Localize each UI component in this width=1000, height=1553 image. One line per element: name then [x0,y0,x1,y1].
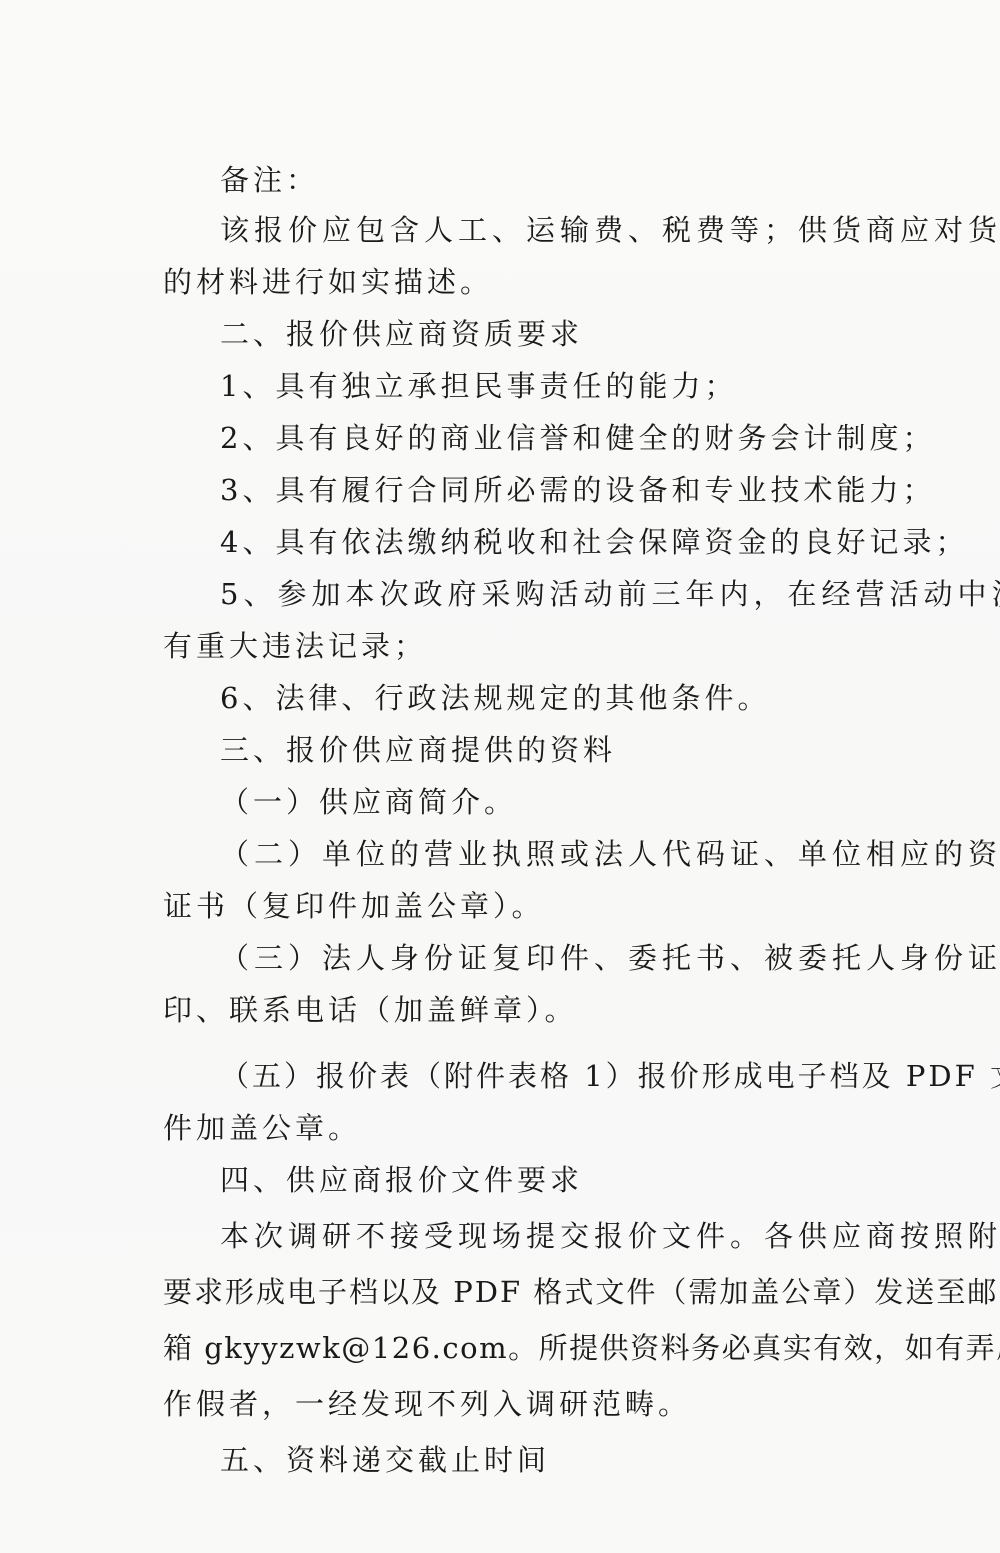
document-item-2-line-1: （二）单位的营业执照或法人代码证、单位相应的资质 [220,834,1000,874]
submission-text-line-3: 箱 gkyyzwk@126.com。所提供资料务必真实有效，如有弄虚 [163,1328,1000,1368]
section-4-title: 四、供应商报价文件要求 [220,1160,583,1200]
document-item-5-line-1: （五）报价表（附件表格 1）报价形成电子档及 PDF 文 [220,1056,1000,1096]
requirement-5-line-1: 5、参加本次政府采购活动前三年内，在经营活动中没 [220,574,1000,614]
remark-label: 备注： [220,160,319,200]
submission-text-line-4: 作假者，一经发现不列入调研范畴。 [163,1384,691,1424]
document-item-1: （一）供应商简介。 [220,782,517,822]
requirement-2: 2、具有良好的商业信誉和健全的财务会计制度； [220,418,935,458]
section-3-title: 三、报价供应商提供的资料 [220,730,616,770]
document-item-5-line-2: 件加盖公章。 [163,1108,361,1148]
remark-body-line-1: 该报价应包含人工、运输费、税费等；供货商应对货品 [220,210,1000,250]
requirement-5-line-2: 有重大违法记录； [163,626,427,666]
requirement-3: 3、具有履行合同所必需的设备和专业技术能力； [220,470,935,510]
requirement-6: 6、法律、行政法规规定的其他条件。 [220,678,770,718]
document-item-3-line-1: （三）法人身份证复印件、委托书、被委托人身份证复 [220,938,1000,978]
document-item-2-line-2: 证书（复印件加盖公章）。 [163,886,545,926]
section-5-title: 五、资料递交截止时间 [220,1440,550,1480]
document-item-3-line-2: 印、联系电话（加盖鲜章）。 [163,990,578,1030]
requirement-1: 1、具有独立承担民事责任的能力； [220,366,737,406]
section-2-title: 二、报价供应商资质要求 [220,314,583,354]
document-page: 备注： 该报价应包含人工、运输费、税费等；供货商应对货品 的材料进行如实描述。 … [0,0,1000,1553]
submission-text-line-2: 要求形成电子档以及 PDF 格式文件（需加盖公章）发送至邮 [163,1272,998,1312]
requirement-4: 4、具有依法缴纳税收和社会保障资金的良好记录； [220,522,968,562]
submission-text-line-1: 本次调研不接受现场提交报价文件。各供应商按照附件 [220,1216,1000,1256]
remark-body-line-2: 的材料进行如实描述。 [163,262,493,302]
